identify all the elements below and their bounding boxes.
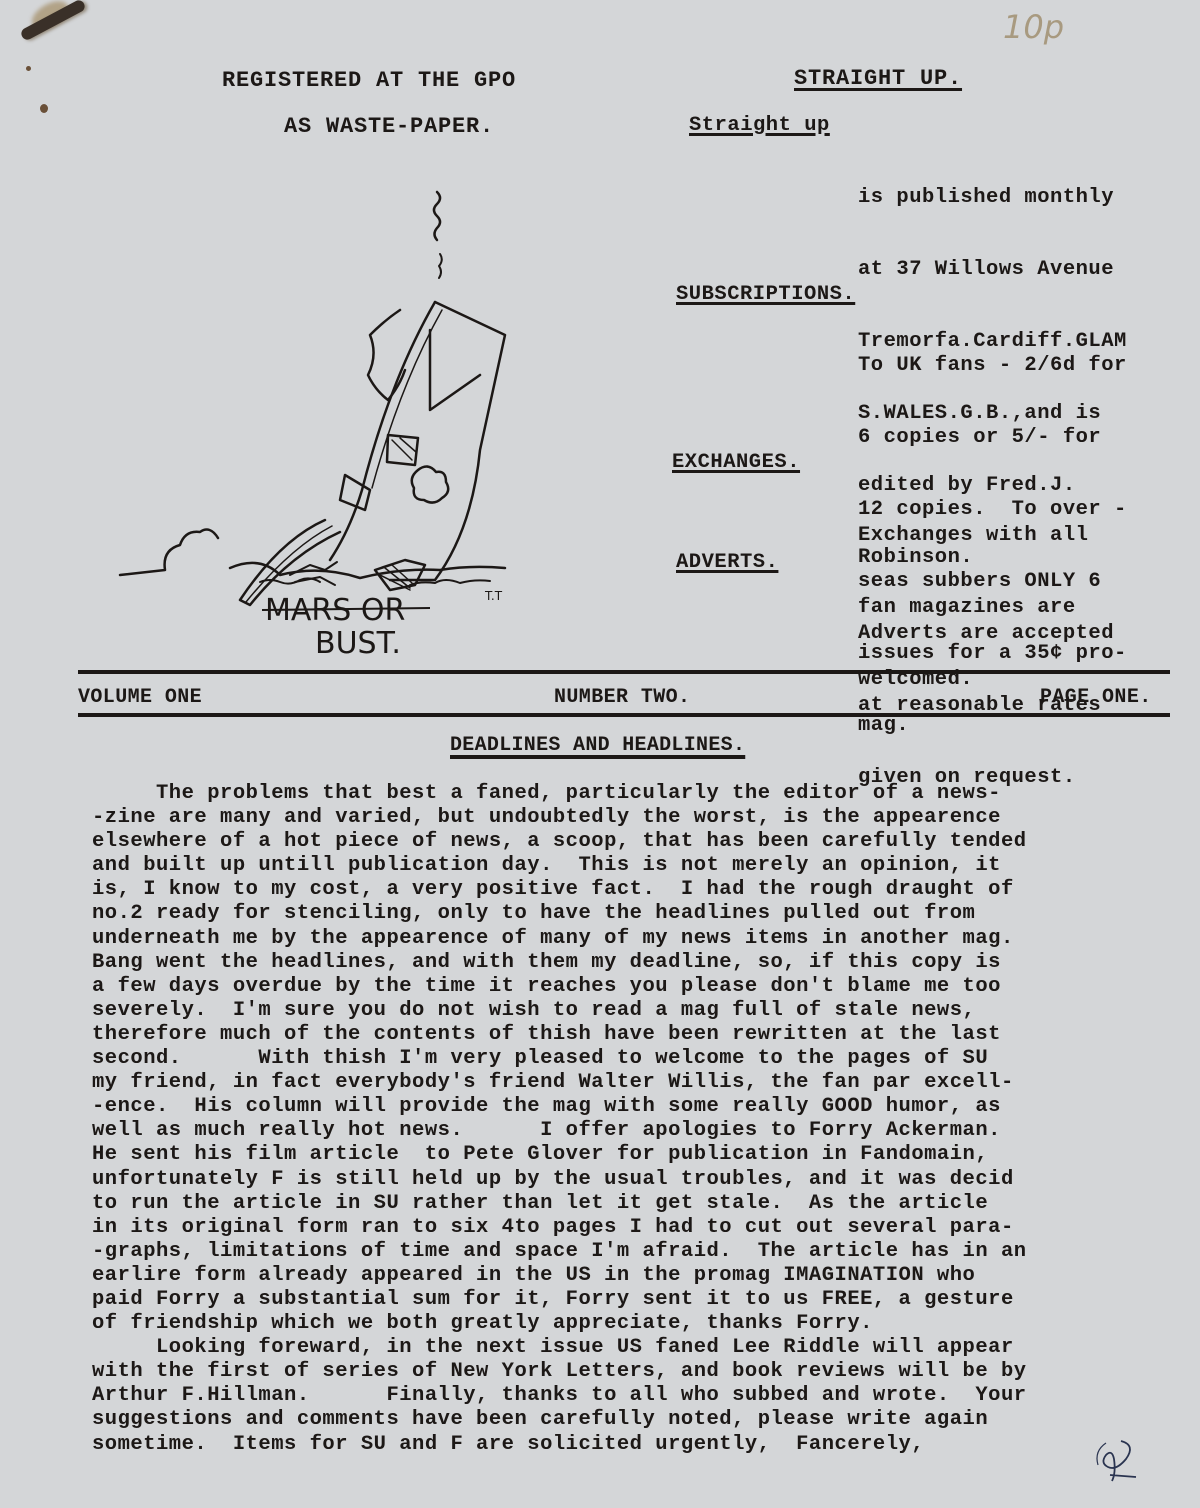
illustration-caption-line-2: BUST. xyxy=(315,626,401,660)
volume-label: VOLUME ONE xyxy=(78,686,202,709)
signature-icon xyxy=(1086,1437,1146,1487)
masthead-title: STRAIGHT UP. xyxy=(794,66,962,91)
article-line: paid Forry a substantial sum for it, For… xyxy=(92,1288,1182,1312)
article-headline: DEADLINES AND HEADLINES. xyxy=(450,734,745,757)
subscriptions-line: To UK fans - 2/6d for xyxy=(858,354,1127,378)
registration-line-1: REGISTERED AT THE GPO xyxy=(222,68,516,93)
publisher-label: Straight up xyxy=(689,114,830,137)
adverts-label: ADVERTS. xyxy=(676,551,778,574)
article-line: therefore much of the contents of thish … xyxy=(92,1023,1182,1047)
article-line: well as much really hot news. I offer ap… xyxy=(92,1119,1182,1143)
rocket-illustration: MARS OR BUST. T.T xyxy=(100,170,560,660)
registration-line-2: AS WASTE-PAPER. xyxy=(284,114,494,139)
article-line: severely. I'm sure you do not wish to re… xyxy=(92,999,1182,1023)
article-line: underneath me by the appearence of many … xyxy=(92,927,1182,951)
article-line: second. With thish I'm very pleased to w… xyxy=(92,1047,1182,1071)
fanzine-page: 10p REGISTERED AT THE GPO AS WASTE-PAPER… xyxy=(0,0,1200,1508)
article-line: with the first of series of New York Let… xyxy=(92,1360,1182,1384)
article-line: no.2 ready for stenciling, only to have … xyxy=(92,902,1182,926)
article-line: unfortunately F is still held up by the … xyxy=(92,1168,1182,1192)
ink-speck xyxy=(26,66,31,71)
article-line: and built up untill publication day. Thi… xyxy=(92,854,1182,878)
pencil-price-note: 10p xyxy=(1003,8,1064,46)
article-body: The problems that best a faned, particul… xyxy=(92,782,1182,1457)
publisher-line: at 37 Willows Avenue xyxy=(858,258,1127,282)
article-line: of friendship which we both greatly appr… xyxy=(92,1312,1182,1336)
bottom-rule xyxy=(78,713,1170,717)
article-line: suggestions and comments have been caref… xyxy=(92,1408,1182,1432)
ink-speck xyxy=(40,104,48,113)
adverts-line: Adverts are accepted xyxy=(858,622,1114,646)
article-line: in its original form ran to six 4to page… xyxy=(92,1216,1182,1240)
article-line: The problems that best a faned, particul… xyxy=(92,782,1182,806)
article-line: Looking foreward, in the next issue US f… xyxy=(92,1336,1182,1360)
article-line: -ence. His column will provide the mag w… xyxy=(92,1095,1182,1119)
subscriptions-label: SUBSCRIPTIONS. xyxy=(676,283,855,306)
page-label: PAGE ONE. xyxy=(1040,686,1152,709)
article-line: sometime. Items for SU and F are solicit… xyxy=(92,1433,1182,1457)
article-line: Bang went the headlines, and with them m… xyxy=(92,951,1182,975)
exchanges-line: Exchanges with all xyxy=(858,524,1088,548)
article-line: is, I know to my cost, a very positive f… xyxy=(92,878,1182,902)
rocket-drawing-icon: MARS OR BUST. T.T xyxy=(100,170,560,660)
article-line: -graphs, limitations of time and space I… xyxy=(92,1240,1182,1264)
number-label: NUMBER TWO. xyxy=(554,686,690,709)
subscriptions-line: 6 copies or 5/- for xyxy=(858,426,1127,450)
article-line: a few days overdue by the time it reache… xyxy=(92,975,1182,999)
article-line: earlire form already appeared in the US … xyxy=(92,1264,1182,1288)
artist-initials: T.T xyxy=(484,589,503,603)
article-line: my friend, in fact everybody's friend Wa… xyxy=(92,1071,1182,1095)
article-line: to run the article in SU rather than let… xyxy=(92,1192,1182,1216)
exchanges-label: EXCHANGES. xyxy=(672,451,800,474)
article-line: Arthur F.Hillman. Finally, thanks to all… xyxy=(92,1384,1182,1408)
publisher-line: is published monthly xyxy=(858,186,1127,210)
article-line: elsewhere of a hot piece of news, a scoo… xyxy=(92,830,1182,854)
top-rule xyxy=(78,670,1170,674)
article-line: -zine are many and varied, but undoubted… xyxy=(92,806,1182,830)
article-line: He sent his film article to Pete Glover … xyxy=(92,1143,1182,1167)
